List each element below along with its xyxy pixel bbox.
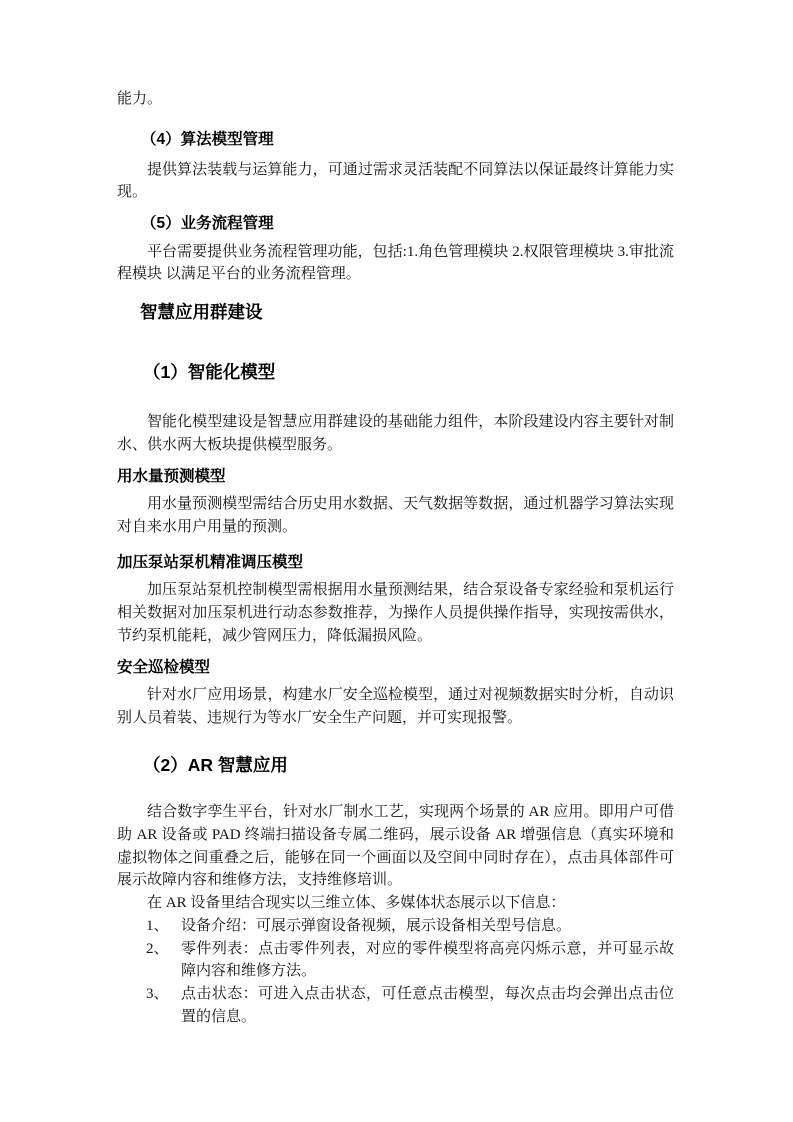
list-item-number: 1、 xyxy=(146,915,169,938)
paragraph-ar-application: 结合数字孪生平台，针对水厂制水工艺，实现两个场景的 AR 应用。即用户可借助 A… xyxy=(117,801,674,891)
paragraph-pump-station-pressure: 加压泵站泵机控制模型需根据用水量预测结果，结合泵设备专家经验和泵机运行相关数据对… xyxy=(117,579,674,647)
list-item-number: 2、 xyxy=(146,938,169,961)
heading-5-business-process-management: （5）业务流程管理 xyxy=(117,212,674,235)
paragraph-continuation: 能力。 xyxy=(117,88,674,111)
paragraph-business-process: 平台需要提供业务流程管理功能，包括:1.角色管理模块 2.权限管理模块 3.审批… xyxy=(117,241,674,286)
list-item: 2、 零件列表：点击零件列表，对应的零件模型将高亮闪烁示意，并可显示故障内容和维… xyxy=(117,938,674,983)
section-heading-smart-application-group: 智慧应用群建设 xyxy=(117,298,674,326)
heading-safety-inspection-model: 安全巡检模型 xyxy=(117,657,674,679)
paragraph-safety-inspection: 针对水厂应用场景，构建水厂安全巡检模型，通过对视频数据实时分析，自动识别人员着装… xyxy=(117,684,674,729)
document-page: 能力。 （4）算法模型管理 提供算法装载与运算能力，可通过需求灵活装配不同算法以… xyxy=(0,0,793,1122)
ar-info-list: 1、 设备介绍：可展示弹窗设备视频，展示设备相关型号信息。 2、 零件列表：点击… xyxy=(117,915,674,1028)
heading-2-ar-smart-application: （2）AR 智慧应用 xyxy=(117,751,674,779)
paragraph-algorithm-model: 提供算法装载与运算能力，可通过需求灵活装配不同算法以保证最终计算能力实现。 xyxy=(117,159,674,204)
heading-1-intelligent-model: （1）智能化模型 xyxy=(117,358,674,386)
paragraph-water-usage-prediction: 用水量预测模型需结合历史用水数据、天气数据等数据，通过机器学习算法实现对自来水用… xyxy=(117,493,674,538)
heading-water-usage-prediction-model: 用水量预测模型 xyxy=(117,466,674,488)
list-item-text: 点击状态：可进入点击状态，可任意点击模型，每次点击均会弹出点击位置的信息。 xyxy=(181,986,674,1025)
paragraph-intelligent-model: 智能化模型建设是智慧应用群建设的基础能力组件，本阶段建设内容主要针对制水、供水两… xyxy=(117,411,674,456)
heading-pump-station-pressure-model: 加压泵站泵机精准调压模型 xyxy=(117,552,674,574)
list-item-text: 零件列表：点击零件列表，对应的零件模型将高亮闪烁示意，并可显示故障内容和维修方法… xyxy=(181,941,674,980)
list-item-number: 3、 xyxy=(146,983,169,1006)
paragraph-ar-display-intro: 在 AR 设备里结合现实以三维立体、多媒体状态展示以下信息： xyxy=(117,892,674,915)
list-item: 3、 点击状态：可进入点击状态，可任意点击模型，每次点击均会弹出点击位置的信息。 xyxy=(117,983,674,1028)
list-item-text: 设备介绍：可展示弹窗设备视频，展示设备相关型号信息。 xyxy=(181,918,571,934)
heading-4-algorithm-model-management: （4）算法模型管理 xyxy=(117,128,674,151)
list-item: 1、 设备介绍：可展示弹窗设备视频，展示设备相关型号信息。 xyxy=(117,915,674,938)
